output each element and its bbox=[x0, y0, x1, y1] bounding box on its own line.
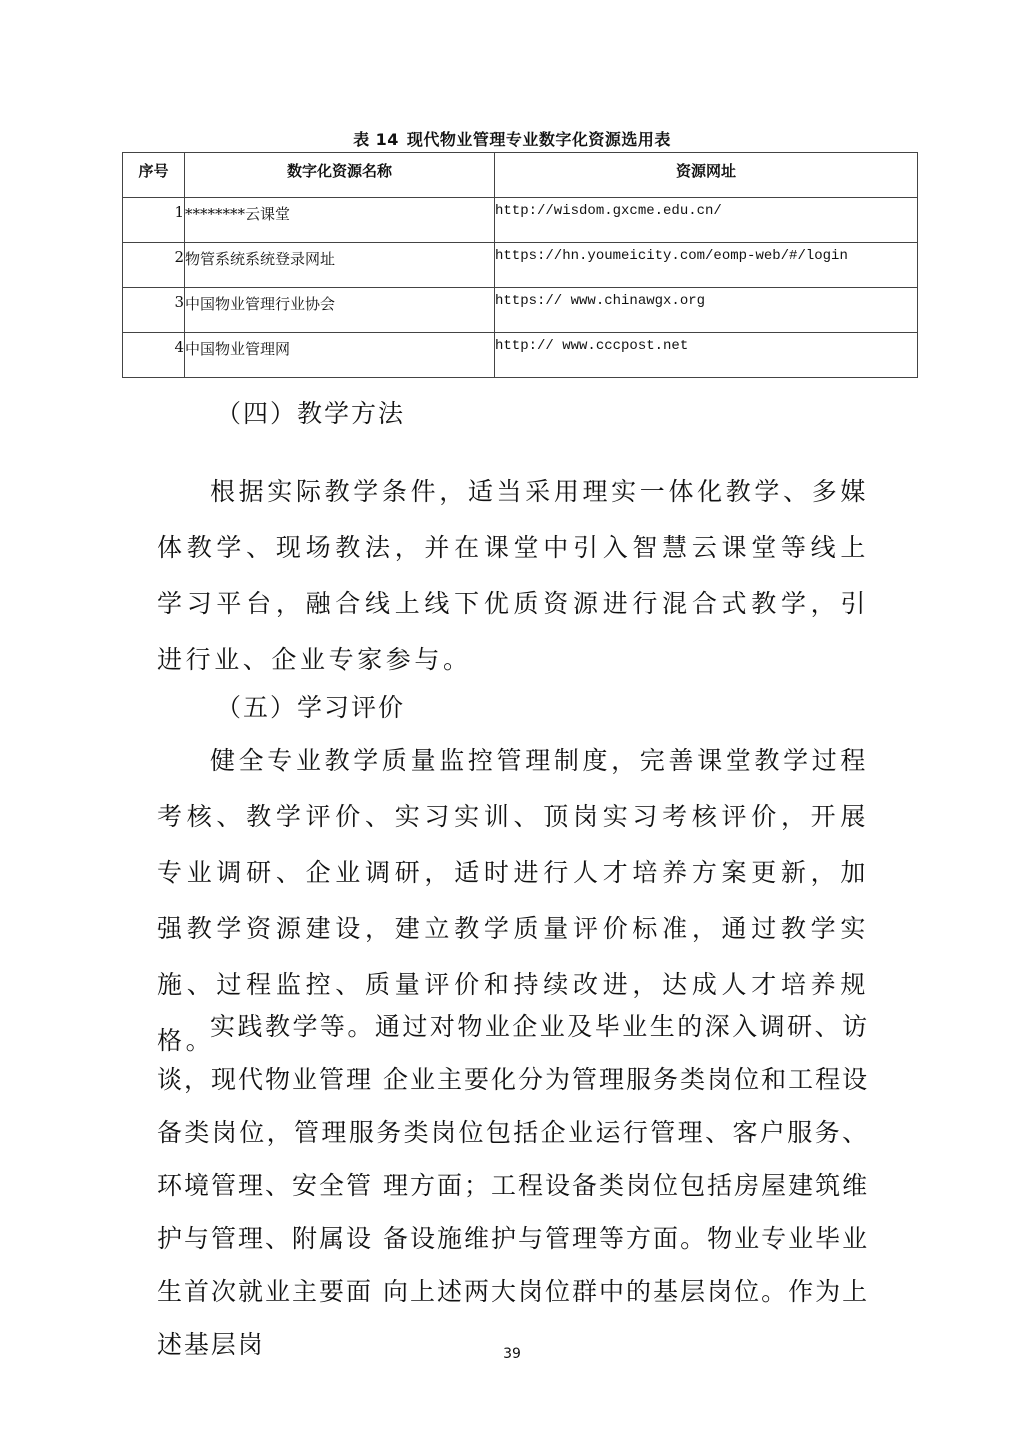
section-heading-teaching-methods: （四）教学方法 bbox=[216, 394, 405, 430]
row-resource-url: http:// www.cccpost.net bbox=[495, 333, 918, 378]
table-row: 3 中国物业管理行业协会 https:// www.chinawgx.org bbox=[123, 288, 918, 333]
paragraph-teaching-methods: 根据实际教学条件，适当采用理实一体化教学、多媒体教学、现场教法，并在课堂中引入智… bbox=[157, 464, 869, 688]
row-resource-name: 中国物业管理网 bbox=[185, 333, 495, 378]
row-index: 4 bbox=[123, 333, 185, 378]
table-header-row: 序号 数字化资源名称 资源网址 bbox=[123, 153, 918, 198]
header-index: 序号 bbox=[123, 153, 185, 198]
caption-number: 14 bbox=[376, 130, 399, 149]
row-index: 2 bbox=[123, 243, 185, 288]
page-number: 39 bbox=[0, 1346, 1024, 1362]
row-resource-name: 中国物业管理行业协会 bbox=[185, 288, 495, 333]
row-resource-url: http://wisdom.gxcme.edu.cn/ bbox=[495, 198, 918, 243]
row-resource-url: https://hn.youmeicity.com/eomp-web/#/log… bbox=[495, 243, 918, 288]
section-heading-learning-evaluation: （五）学习评价 bbox=[216, 688, 405, 724]
header-resource-name: 数字化资源名称 bbox=[185, 153, 495, 198]
table-row: 4 中国物业管理网 http:// www.cccpost.net bbox=[123, 333, 918, 378]
table-caption: 表14现代物业管理专业数字化资源选用表 bbox=[0, 127, 1024, 150]
table-row: 1 ********云课堂 http://wisdom.gxcme.edu.cn… bbox=[123, 198, 918, 243]
row-index: 1 bbox=[123, 198, 185, 243]
table-row: 2 物管系统系统登录网址 https://hn.youmeicity.com/e… bbox=[123, 243, 918, 288]
caption-title: 现代物业管理专业数字化资源选用表 bbox=[407, 130, 671, 149]
row-resource-name: ********云课堂 bbox=[185, 198, 495, 243]
digital-resources-table: 序号 数字化资源名称 资源网址 1 ********云课堂 http://wis… bbox=[122, 152, 918, 378]
header-resource-url: 资源网址 bbox=[495, 153, 918, 198]
row-resource-name: 物管系统系统登录网址 bbox=[185, 243, 495, 288]
caption-prefix: 表 bbox=[353, 130, 370, 149]
row-resource-url: https:// www.chinawgx.org bbox=[495, 288, 918, 333]
paragraph-practice-teaching: 实践教学等。通过对物业企业及毕业生的深入调研、访谈，现代物业管理 企业主要化分为… bbox=[157, 1000, 869, 1371]
row-index: 3 bbox=[123, 288, 185, 333]
